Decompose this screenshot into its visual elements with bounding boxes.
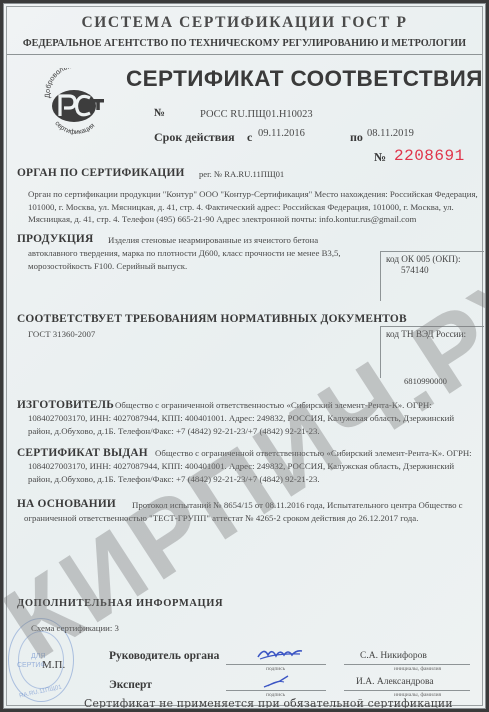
expert-name-line — [344, 690, 470, 691]
number-label: № — [154, 107, 165, 119]
certificate-page: СИСТЕМА СЕРТИФИКАЦИИ ГОСТ Р ФЕДЕРАЛЬНОЕ … — [3, 3, 486, 709]
tnved-code-label: код ТН ВЭД России: — [386, 329, 466, 339]
issued-to-line-3: район, д.Обухово, д.1Б. Телефон/Факс: +7… — [28, 473, 320, 486]
okp-code-label: код ОК 005 (ОКП): — [386, 254, 461, 264]
expert-label: Эксперт — [109, 679, 152, 691]
head-signature-icon — [256, 645, 304, 668]
basis-heading: НА ОСНОВАНИИ — [17, 498, 116, 510]
serial-label: № — [374, 150, 386, 165]
basis-line-2: ограниченной ответственностью "ТЕСТ-ГРУП… — [24, 512, 418, 525]
certification-scheme: Схема сертификации: 3 — [31, 622, 119, 635]
stamp-place-label: М.П. — [42, 659, 65, 671]
validity-label: Срок действия — [154, 130, 235, 145]
compliance-heading: СООТВЕТСТВУЕТ ТРЕБОВАНИЯМ НОРМАТИВНЫХ ДО… — [17, 313, 407, 325]
manufacturer-line-1: Общество с ограниченной ответственностью… — [115, 399, 432, 412]
additional-info-heading: ДОПОЛНИТЕЛЬНАЯ ИНФОРМАЦИЯ — [17, 598, 223, 609]
certificate-number: РОСС RU.ПЩ01.Н10023 — [200, 109, 313, 120]
expert-name: И.А. Александрова — [356, 677, 434, 687]
serial-number: 2208691 — [394, 147, 465, 165]
svg-text:сертификация: сертификация — [53, 120, 96, 136]
certification-body-text: Орган по сертификации продукции "Контур"… — [28, 188, 480, 226]
manufacturer-heading: ИЗГОТОВИТЕЛЬ — [17, 399, 114, 411]
tnved-code-value: 6810990000 — [404, 376, 447, 386]
valid-to-label: по — [350, 130, 363, 145]
issued-to-line-1: Общество с ограниченной ответственностью… — [155, 447, 472, 460]
head-signature-caption: подпись — [266, 666, 285, 672]
manufacturer-line-2: 1084027003170, ИНН: 4027087944, КПП: 400… — [28, 412, 454, 425]
product-line-3: морозостойкость F100. Серийный выпуск. — [28, 260, 187, 273]
valid-from-date: 09.11.2016 — [258, 128, 305, 139]
basis-line-1: Протокол испытаний № 8654/15 от 08.11.20… — [132, 499, 463, 512]
issued-to-line-2: 1084027003170, ИНН: 4027087944, КПП: 400… — [28, 460, 454, 473]
system-title: СИСТЕМА СЕРТИФИКАЦИИ ГОСТ Р — [4, 14, 485, 32]
product-line-2: автоклавного твердения, марка по плотнос… — [28, 247, 341, 260]
rst-logo-icon: Добровольная сертификация — [42, 68, 110, 136]
header-divider — [7, 54, 482, 55]
head-name-caption: инициалы, фамилия — [394, 666, 441, 672]
certificate-title: СЕРТИФИКАТ СООТВЕТСТВИЯ — [126, 66, 483, 92]
product-line-1: Изделия стеновые неармированные из ячеис… — [108, 234, 318, 247]
agency-name: ФЕДЕРАЛЬНОЕ АГЕНТСТВО ПО ТЕХНИЧЕСКОМУ РЕ… — [4, 38, 485, 49]
product-heading: ПРОДУКЦИЯ — [17, 233, 93, 245]
valid-from-label: с — [247, 130, 252, 145]
compliance-standard: ГОСТ 31360-2007 — [28, 328, 95, 341]
certification-body-heading: ОРГАН ПО СЕРТИФИКАЦИИ — [17, 167, 185, 179]
footer-note: Сертификат не применяется при обязательн… — [84, 697, 453, 709]
head-name-line — [344, 664, 470, 665]
issued-to-heading: СЕРТИФИКАТ ВЫДАН — [17, 447, 148, 459]
head-label: Руководитель органа — [109, 650, 219, 662]
head-name: С.А. Никифоров — [360, 651, 427, 661]
manufacturer-line-3: район, д.Обухово, д.1Б. Телефон/Факс: +7… — [28, 425, 320, 438]
registration-number: рег. № RA.RU.11ПЩ01 — [199, 169, 284, 179]
valid-to-date: 08.11.2019 — [367, 128, 414, 139]
okp-code-value: 574140 — [401, 265, 429, 275]
